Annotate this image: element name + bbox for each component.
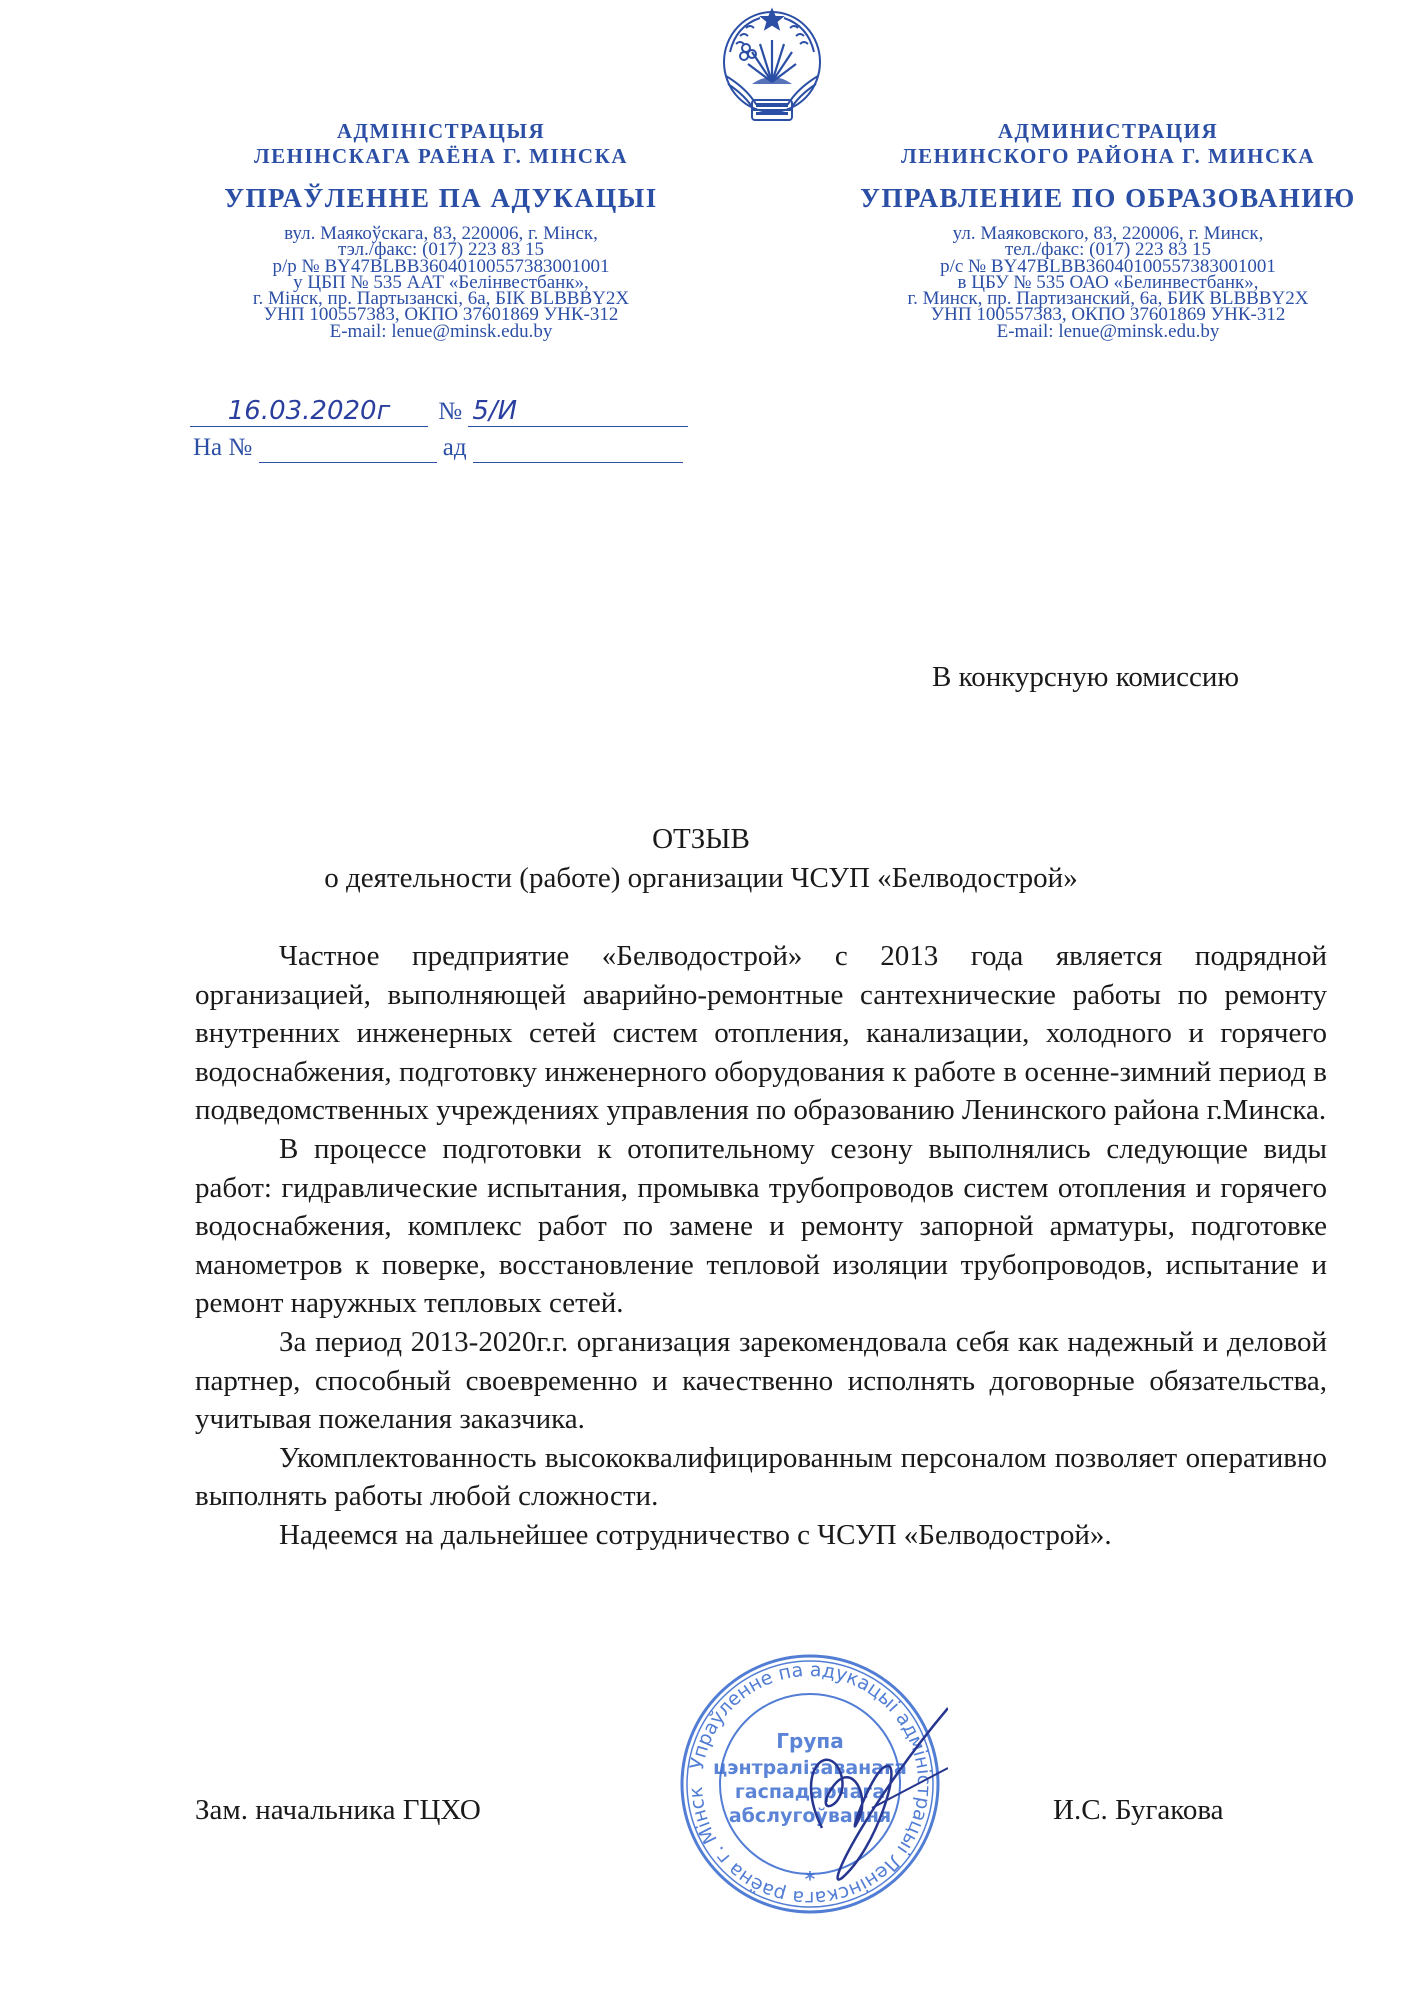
email-line: E-mail: lenue@minsk.edu.by (848, 324, 1368, 340)
svg-text:Група: Група (776, 1729, 843, 1753)
header-right: АДМИНИСТРАЦИЯ ЛЕНИНСКОГО РАЙОНА Г. МИНСК… (848, 121, 1368, 340)
number-label: № (438, 398, 462, 425)
header-left-title-line1: АДМІНІСТРАЦЫЯ (188, 121, 694, 142)
body-paragraph: Надеемся на дальнейшее сотрудничество с … (195, 1516, 1327, 1555)
body-paragraph: В процессе подготовки к отопительному се… (195, 1130, 1327, 1323)
header-right-address: ул. Маяковского, 83, 220006, г. Минск, т… (848, 226, 1368, 340)
reply-date-field (473, 434, 683, 463)
body-paragraph: Укомплектованность высококвалифицированн… (195, 1439, 1327, 1516)
registration-date-row: 16.03.2020г № 5/И (190, 396, 688, 427)
body-paragraph: Частное предприятие «Белводострой» с 201… (195, 937, 1327, 1130)
header-right-department: УПРАВЛЕНИЕ ПО ОБРАЗОВАНИЮ (848, 185, 1368, 212)
official-stamp-icon: Упраўленне па адукацыі адміністрацыі Лен… (672, 1648, 948, 1920)
outgoing-date-field: 16.03.2020г (190, 396, 428, 427)
reply-number-field (259, 434, 437, 463)
signatory-name: И.С. Бугакова (1053, 1794, 1224, 1827)
document-subtitle: о деятельности (работе) организации ЧСУП… (0, 862, 1402, 895)
handwritten-number: 5/И (472, 396, 517, 426)
reply-to-label: На № (193, 434, 252, 461)
header-left-address: вул. Маякоўскага, 83, 220006, г. Мінск, … (188, 226, 694, 340)
header-left-title-line2: ЛЕНІНСКАГА РАЁНА Г. МІНСКА (188, 146, 694, 167)
header-right-title-line2: ЛЕНИНСКОГО РАЙОНА Г. МИНСКА (848, 146, 1368, 167)
document-title: ОТЗЫВ (0, 823, 1402, 856)
from-label: ад (443, 434, 467, 461)
svg-text:цэнтралізаванага: цэнтралізаванага (713, 1757, 907, 1779)
svg-text:абслугоўвання: абслугоўвання (729, 1805, 891, 1827)
svg-text:*: * (805, 1867, 816, 1891)
handwritten-date: 16.03.2020г (228, 396, 391, 426)
header-left: АДМІНІСТРАЦЫЯ ЛЕНІНСКАГА РАЁНА Г. МІНСКА… (188, 121, 694, 340)
registration-reply-row: На № ад (193, 434, 683, 463)
signatory-position: Зам. начальника ГЦХО (195, 1794, 481, 1827)
outgoing-number-field: 5/И (468, 396, 688, 427)
body-paragraph: За период 2013-2020г.г. организация заре… (195, 1323, 1327, 1439)
belarus-coat-of-arms-icon (716, 4, 828, 128)
email-line: E-mail: lenue@minsk.edu.by (188, 324, 694, 340)
addressee: В конкурсную комиссию (932, 661, 1239, 694)
header-right-title-line1: АДМИНИСТРАЦИЯ (848, 121, 1368, 142)
header-left-department: УПРАЎЛЕННЕ ПА АДУКАЦЫІ (188, 185, 694, 212)
document-body: Частное предприятие «Белводострой» с 201… (195, 937, 1327, 1555)
